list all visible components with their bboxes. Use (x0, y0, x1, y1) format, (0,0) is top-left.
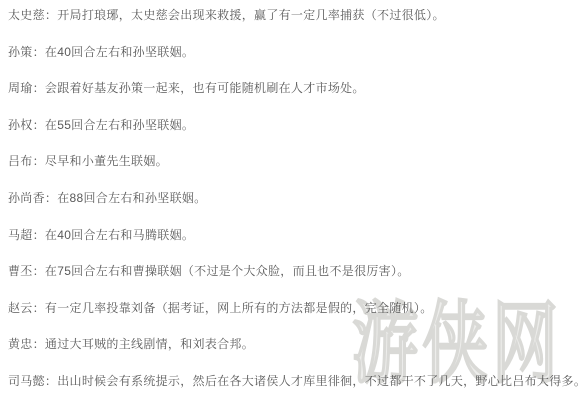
guide-line: 马超：在40回合左右和马腾联姻。 (8, 217, 584, 254)
colon-separator: ： (33, 45, 45, 59)
colon-separator: ： (33, 264, 45, 278)
colon-separator: ： (45, 374, 57, 388)
character-tip: 在40回合左右和孙坚联姻。 (45, 45, 194, 59)
character-tip: 有一定几率投靠刘备（据考证，网上所有的方法都是假的，完全随机）。 (45, 301, 433, 315)
colon-separator: ： (33, 228, 45, 242)
character-tip: 在75回合左右和曹操联姻（不过是个大众脸，而且也不是很厉害）。 (45, 264, 410, 278)
character-tip: 开局打琅琊，太史慈会出现来救援，赢了有一定几率捕获（不过很低）。 (57, 8, 445, 22)
colon-separator: ： (33, 81, 45, 95)
character-name: 马超 (8, 228, 33, 242)
character-name: 吕布 (8, 154, 33, 168)
character-tip: 尽早和小董先生联姻。 (45, 154, 168, 168)
colon-separator: ： (45, 8, 57, 22)
guide-line: 赵云：有一定几率投靠刘备（据考证，网上所有的方法都是假的，完全随机）。 (8, 290, 584, 327)
character-name: 黄忠 (8, 337, 33, 351)
character-name: 曹丕 (8, 264, 33, 278)
guide-line: 吕布：尽早和小董先生联姻。 (8, 143, 584, 180)
page: { "page": { "background": "#ffffff", "te… (0, 0, 584, 400)
guide-line: 司马懿：出山时候会有系统提示，然后在各大诸侯人才库里徘徊，不过都干不了几天，野心… (8, 363, 584, 400)
guide-line: 曹丕：在75回合左右和曹操联姻（不过是个大众脸，而且也不是很厉害）。 (8, 253, 584, 290)
guide-line: 孙权：在55回合左右和孙坚联姻。 (8, 107, 584, 144)
character-tip: 出山时候会有系统提示，然后在各大诸侯人才库里徘徊，不过都干不了几天，野心比吕布大… (57, 374, 584, 388)
guide-line: 黄忠：通过大耳贼的主线剧情，和刘表合邦。 (8, 326, 584, 363)
character-name: 司马懿 (8, 374, 45, 388)
guide-line: 孙策：在40回合左右和孙坚联姻。 (8, 34, 584, 71)
character-tip: 在40回合左右和马腾联姻。 (45, 228, 194, 242)
colon-separator: ： (33, 337, 45, 351)
colon-separator: ： (33, 154, 45, 168)
character-name: 孙尚香 (8, 191, 45, 205)
character-tip: 通过大耳贼的主线剧情，和刘表合邦。 (45, 337, 254, 351)
character-name: 孙权 (8, 118, 33, 132)
character-tip: 在55回合左右和孙坚联姻。 (45, 118, 194, 132)
character-name: 孙策 (8, 45, 33, 59)
guide-text-body: 太史慈：开局打琅琊，太史慈会出现来救援，赢了有一定几率捕获（不过很低）。 孙策：… (8, 0, 584, 400)
guide-line: 周瑜：会跟着好基友孙策一起来，也有可能随机刷在人才市场处。 (8, 70, 584, 107)
colon-separator: ： (33, 118, 45, 132)
character-name: 太史慈 (8, 8, 45, 22)
character-name: 周瑜 (8, 81, 33, 95)
character-tip: 会跟着好基友孙策一起来，也有可能随机刷在人才市场处。 (45, 81, 365, 95)
colon-separator: ： (33, 301, 45, 315)
colon-separator: ： (45, 191, 57, 205)
character-tip: 在88回合左右和孙坚联姻。 (57, 191, 206, 205)
character-name: 赵云 (8, 301, 33, 315)
guide-line: 太史慈：开局打琅琊，太史慈会出现来救援，赢了有一定几率捕获（不过很低）。 (8, 0, 584, 34)
guide-line: 孙尚香：在88回合左右和孙坚联姻。 (8, 180, 584, 217)
